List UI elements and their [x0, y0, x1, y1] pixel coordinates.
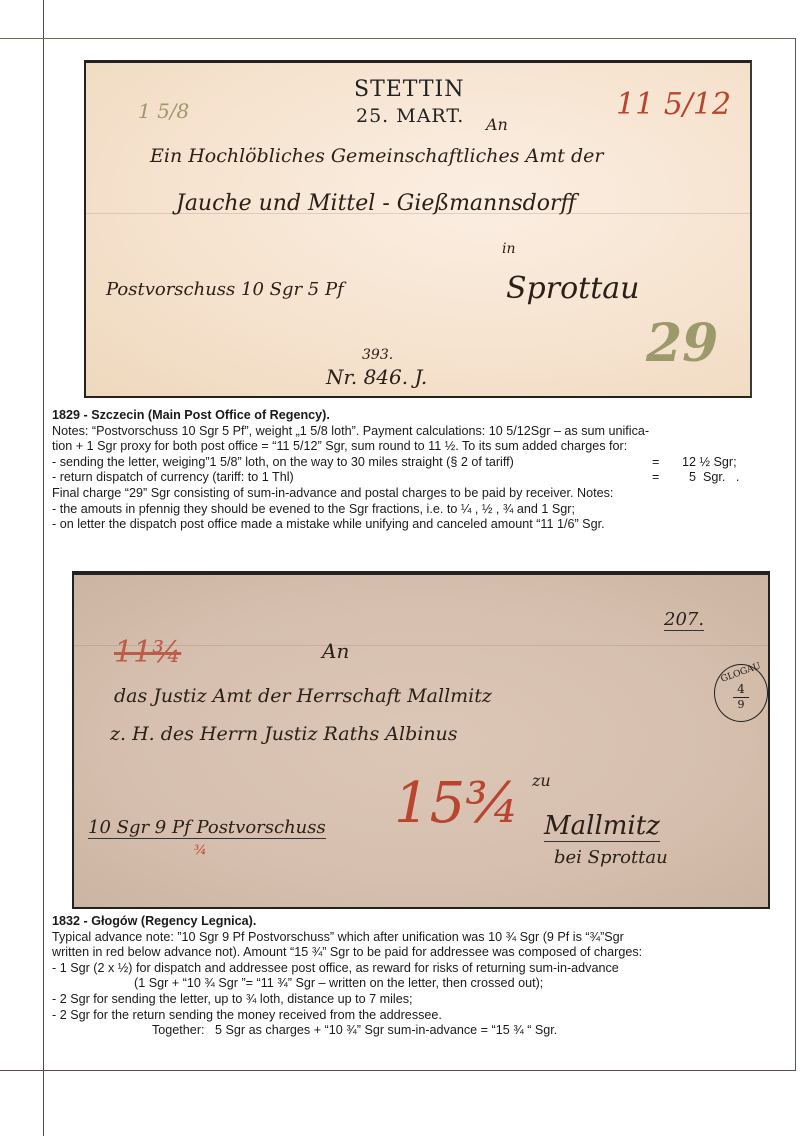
caption-indented-text: (1 Sgr + “10 ¾ Sgr ”= “11 ¾” Sgr – writt… [52, 976, 792, 992]
caption-item: - 2 Sgr for the return sending the money… [52, 1008, 792, 1024]
address-line: z. H. des Herrn Justiz Raths Albinus [110, 723, 458, 745]
charge-label: - sending the letter, weiging”1 5/8” lot… [52, 455, 652, 471]
caption-letter-2: 1832 - Głogów (Regency Legnica). Typical… [52, 914, 792, 1039]
charge-value: 5 Sgr. . [682, 470, 739, 486]
crossed-out-charge: 11¾ [114, 635, 181, 670]
charge-row: - sending the letter, weiging”1 5/8” lot… [52, 455, 792, 471]
glogau-circle-postmark: GLOGAU 4 9 [714, 664, 768, 722]
charge-label: - return dispatch of currency (tariff: t… [52, 470, 652, 486]
address-line: das Justiz Amt der Herrschaft Mallmitz [114, 685, 492, 707]
address-line: Ein Hochlöbliches Gemeinschaftliches Amt… [150, 145, 603, 167]
address-line: in [502, 241, 516, 257]
registration-number: 207. [664, 609, 704, 631]
advance-red-note: ¾ [194, 843, 207, 858]
address-line: An [322, 639, 349, 663]
frame-bottom-line [0, 1070, 796, 1071]
address-line-destination: Mallmitz [544, 811, 660, 842]
caption-title: 1829 - Szczecin (Main Post Office of Reg… [52, 408, 792, 424]
address-line: zu [532, 771, 551, 790]
charge-row: - return dispatch of currency (tariff: t… [52, 470, 792, 486]
caption-note: - the amouts in pfennig they should be e… [52, 502, 792, 518]
weight-note: 1 5/8 [138, 99, 189, 123]
advance-note: Postvorschuss 10 Sgr 5 Pf [106, 279, 344, 300]
advance-note: 10 Sgr 9 Pf Postvorschuss [88, 817, 326, 839]
caption-text: Final charge “29” Sgr consisting of sum-… [52, 486, 792, 502]
postmark-month: 9 [733, 697, 749, 711]
postmark-day: 4 [715, 682, 767, 696]
letter-image-glogau: 207. An das Justiz Amt der Herrschaft Ma… [72, 571, 770, 909]
letter-image-stettin: STETTIN 25. MART. 1 5/8 An Ein Hochlöbli… [84, 60, 752, 398]
caption-letter-1: 1829 - Szczecin (Main Post Office of Reg… [52, 408, 792, 533]
caption-text: written in red below advance not). Amoun… [52, 945, 792, 961]
caption-total: Together: 5 Sgr as charges + “10 ¾” Sgr … [52, 1023, 792, 1039]
charge-value: 12 ½ Sgr; [682, 455, 737, 471]
address-line: Jauche und Mittel - Gießmannsdorff [176, 191, 576, 216]
address-line-destination: Sprottau [506, 271, 639, 306]
date-stamp: 25. MART. [356, 105, 464, 127]
red-charge-note: 11 5/12 [616, 87, 731, 122]
caption-item: - 2 Sgr for sending the letter, up to ¾ … [52, 992, 792, 1008]
margin-line-left [43, 0, 44, 1136]
registration-number: Nr. 846. J. [326, 365, 427, 389]
caption-title: 1832 - Głogów (Regency Legnica). [52, 914, 792, 930]
final-charge: 29 [646, 313, 718, 374]
registration-number-top: 393. [362, 347, 393, 363]
red-charge: 15¾ [394, 771, 520, 836]
caption-text: tion + 1 Sgr proxy for both post office … [52, 439, 792, 455]
caption-text: Typical advance note: ”10 Sgr 9 Pf Postv… [52, 930, 792, 946]
charge-eq: = [652, 470, 682, 486]
address-line: An [486, 115, 508, 134]
charge-eq: = [652, 455, 682, 471]
town-stamp: STETTIN [354, 77, 465, 102]
address-line: bei Sprottau [554, 847, 668, 868]
frame-right-line [795, 38, 796, 1071]
caption-text: Notes: “Postvorschuss 10 Sgr 5 Pf”, weig… [52, 424, 792, 440]
caption-text: - 1 Sgr (2 x ½) for dispatch and address… [52, 961, 792, 977]
caption-note: - on letter the dispatch post office mad… [52, 517, 792, 533]
frame-top-line [0, 38, 796, 39]
